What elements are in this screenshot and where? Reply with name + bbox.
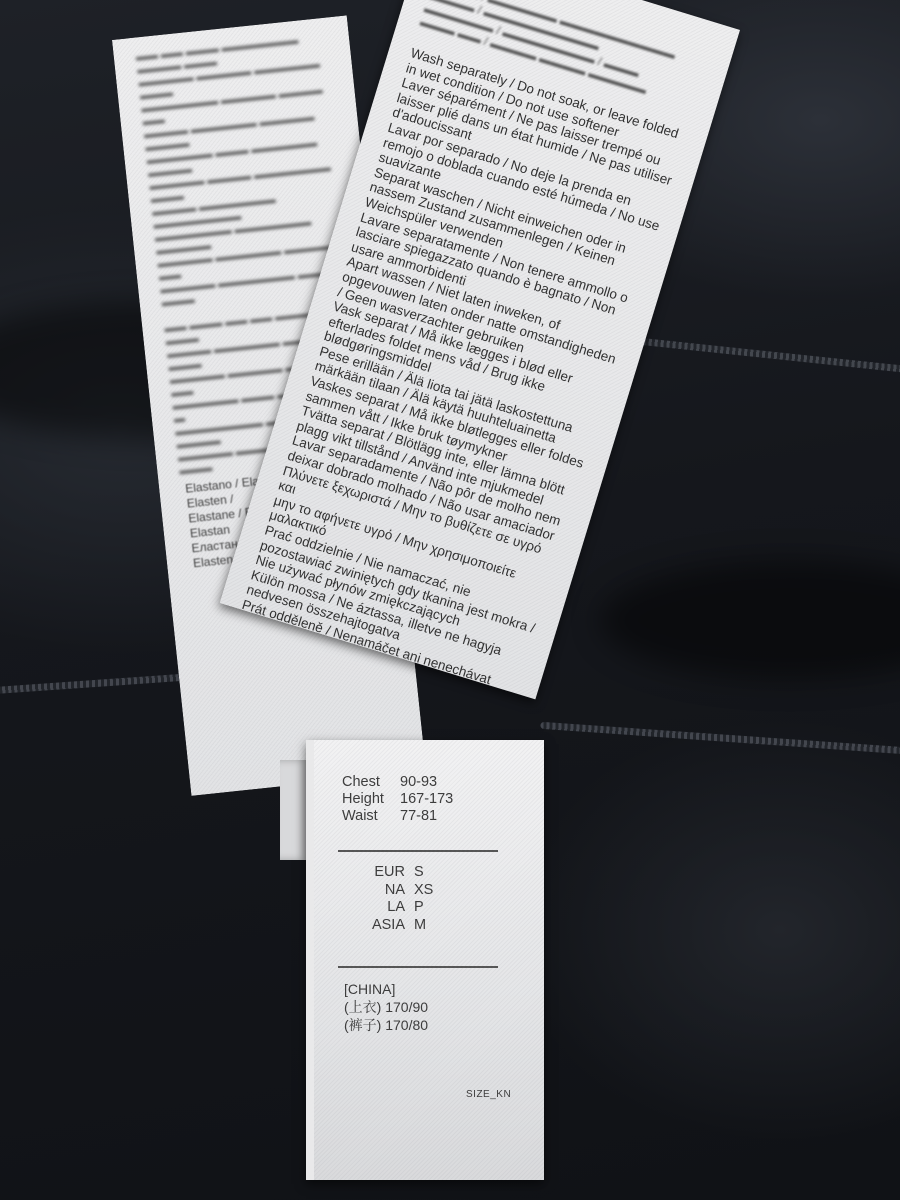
china-size-value: 170/90 — [385, 999, 428, 1015]
region-row-la: LA P — [354, 899, 433, 917]
measurement-label: Waist — [342, 808, 400, 825]
region-row-asia: ASIA M — [354, 917, 433, 935]
region-label: EUR — [354, 864, 414, 882]
china-row-top: (上衣) 170/90 — [344, 998, 428, 1016]
measurement-row-chest: Chest 90-93 — [342, 774, 453, 791]
china-garment-label: (裤子) — [344, 1017, 381, 1033]
china-garment-label: (上衣) — [344, 999, 381, 1015]
region-size: S — [414, 864, 424, 882]
china-sizes: [CHINA] (上衣) 170/90 (裤子) 170/80 — [344, 980, 428, 1034]
measurement-row-waist: Waist 77-81 — [342, 808, 453, 825]
label-fold — [280, 760, 308, 860]
region-row-eur: EUR S — [354, 864, 433, 882]
measurement-value: 77-81 — [400, 808, 437, 825]
body-measurements: Chest 90-93 Height 167-173 Waist 77-81 — [342, 774, 453, 825]
size-label: Chest 90-93 Height 167-173 Waist 77-81 E… — [306, 740, 544, 1180]
measurement-label: Height — [342, 791, 400, 808]
region-label: ASIA — [354, 917, 414, 935]
china-header: [CHINA] — [344, 980, 428, 998]
measurement-label: Chest — [342, 774, 400, 791]
region-label: LA — [354, 899, 414, 917]
divider-line — [338, 966, 498, 968]
measurement-value: 167-173 — [400, 791, 453, 808]
measurement-row-height: Height 167-173 — [342, 791, 453, 808]
china-row-bottom: (裤子) 170/80 — [344, 1016, 428, 1034]
china-size-value: 170/80 — [385, 1017, 428, 1033]
region-size: M — [414, 917, 426, 935]
divider-line — [338, 850, 498, 852]
size-code: SIZE_KN — [466, 1089, 511, 1100]
measurement-value: 90-93 — [400, 774, 437, 791]
region-label: NA — [354, 882, 414, 900]
region-row-na: NA XS — [354, 882, 433, 900]
region-size: XS — [414, 882, 433, 900]
region-size: P — [414, 899, 424, 917]
regional-sizes: EUR S NA XS LA P ASIA M — [354, 864, 433, 934]
